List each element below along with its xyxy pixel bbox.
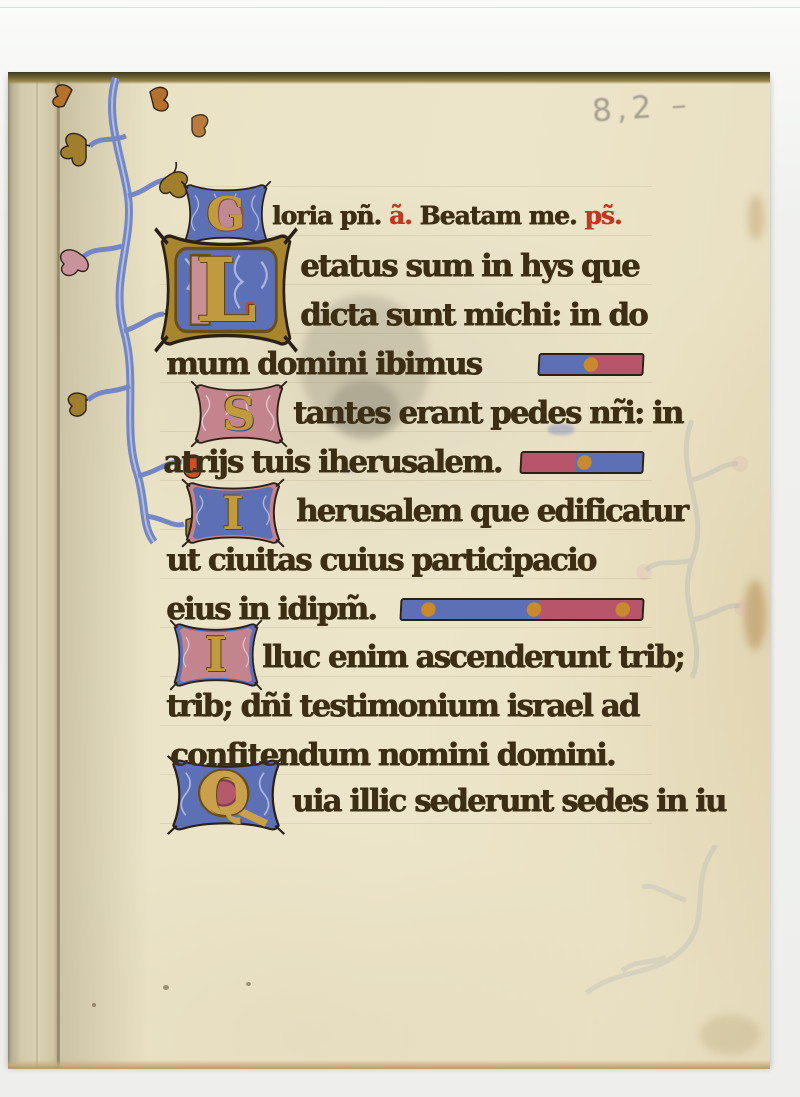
- text-line: trib; dñi testimonium israel ad: [166, 685, 644, 727]
- text-segment: lluc enim ascenderunt trib;: [262, 639, 684, 675]
- initial-letter: I: [172, 622, 260, 688]
- line-text: ut ciuitas cuius participacio: [166, 542, 595, 578]
- line-text: tantes erant pedes nr̃i: in: [293, 395, 682, 431]
- illuminated-initial-L: L: [158, 232, 294, 348]
- foxing-speck: [92, 1003, 96, 1007]
- text-line: uia illic sederunt sedes in iu: [292, 780, 664, 822]
- edge-stain: [748, 195, 764, 240]
- text-line: ut ciuitas cuius participacio: [166, 539, 644, 581]
- text-line: lluc enim ascenderunt trib;: [262, 636, 644, 678]
- text-line: herusalem que edificatur: [296, 490, 648, 532]
- text-segment: ut ciuitas cuius participacio: [166, 542, 595, 578]
- line-text: trib; dñi testimonium israel ad: [166, 688, 638, 724]
- line-text: etatus sum in hys que: [300, 248, 639, 284]
- illuminated-initial-S: S: [193, 383, 285, 445]
- initial-letter: L: [158, 232, 294, 348]
- text-line: confitendum nomini domini.: [170, 734, 644, 776]
- text-segment: etatus sum in hys que: [300, 248, 639, 284]
- text-line: atrijs tuis iherusalem.: [163, 441, 644, 483]
- text-segment: ã.: [389, 201, 420, 230]
- leaf-bottom-edge: [8, 1060, 770, 1069]
- text-segment: confitendum nomini domini.: [170, 737, 615, 773]
- scanner-artifact-line: [0, 7, 800, 8]
- line-filler: [537, 353, 644, 376]
- text-line: loria pñ. ã. Beatam me. ps̃.: [272, 197, 644, 233]
- text-segment: mum domini ibimus: [166, 346, 481, 382]
- showthrough-ghost-vine: [556, 845, 756, 995]
- line-text: loria pñ. ã. Beatam me. ps̃.: [272, 201, 622, 230]
- line-text: eius in idipm̃.: [166, 591, 376, 627]
- text-line: etatus sum in hys que: [300, 245, 644, 287]
- foxing-speck: [246, 982, 251, 986]
- corner-stain: [700, 1015, 760, 1055]
- pencil-foliation: 8,2 –: [591, 87, 693, 130]
- illuminated-initial-I: I: [184, 481, 282, 545]
- initial-letter: I: [184, 481, 282, 545]
- initial-letter: S: [193, 383, 285, 445]
- text-segment: tantes erant pedes nr̃i: in: [293, 395, 682, 431]
- text-segment: ps̃.: [584, 201, 621, 230]
- text-line: tantes erant pedes nr̃i: in: [293, 392, 644, 434]
- text-line: mum domini ibimus: [166, 343, 644, 385]
- text-segment: herusalem que edificatur: [296, 493, 687, 529]
- stub-crease: [36, 80, 38, 1068]
- text-segment: uia illic sederunt sedes in iu: [292, 783, 725, 819]
- text-segment: Beatam me.: [419, 201, 584, 230]
- line-text: confitendum nomini domini.: [170, 737, 615, 773]
- line-filler: [399, 598, 644, 621]
- foxing-speck: [163, 985, 169, 990]
- text-segment: loria pñ.: [272, 201, 389, 230]
- text-segment: atrijs tuis iherusalem.: [163, 444, 501, 480]
- line-text: atrijs tuis iherusalem.: [163, 444, 501, 480]
- text-segment: dicta sunt michi: in do: [300, 297, 647, 333]
- scanned-manuscript-page: 8,2 –: [0, 0, 800, 1097]
- text-segment: eius in idipm̃.: [166, 591, 376, 627]
- line-text: lluc enim ascenderunt trib;: [262, 639, 684, 675]
- text-line: eius in idipm̃.: [166, 588, 644, 630]
- line-text: dicta sunt michi: in do: [300, 297, 647, 333]
- line-text: uia illic sederunt sedes in iu: [292, 783, 725, 819]
- line-text: mum domini ibimus: [166, 346, 481, 382]
- line-text: herusalem que edificatur: [296, 493, 687, 529]
- illuminated-initial-I: I: [172, 622, 260, 688]
- text-line: dicta sunt michi: in do: [300, 294, 644, 336]
- text-segment: trib; dñi testimonium israel ad: [166, 688, 638, 724]
- line-filler: [519, 451, 644, 474]
